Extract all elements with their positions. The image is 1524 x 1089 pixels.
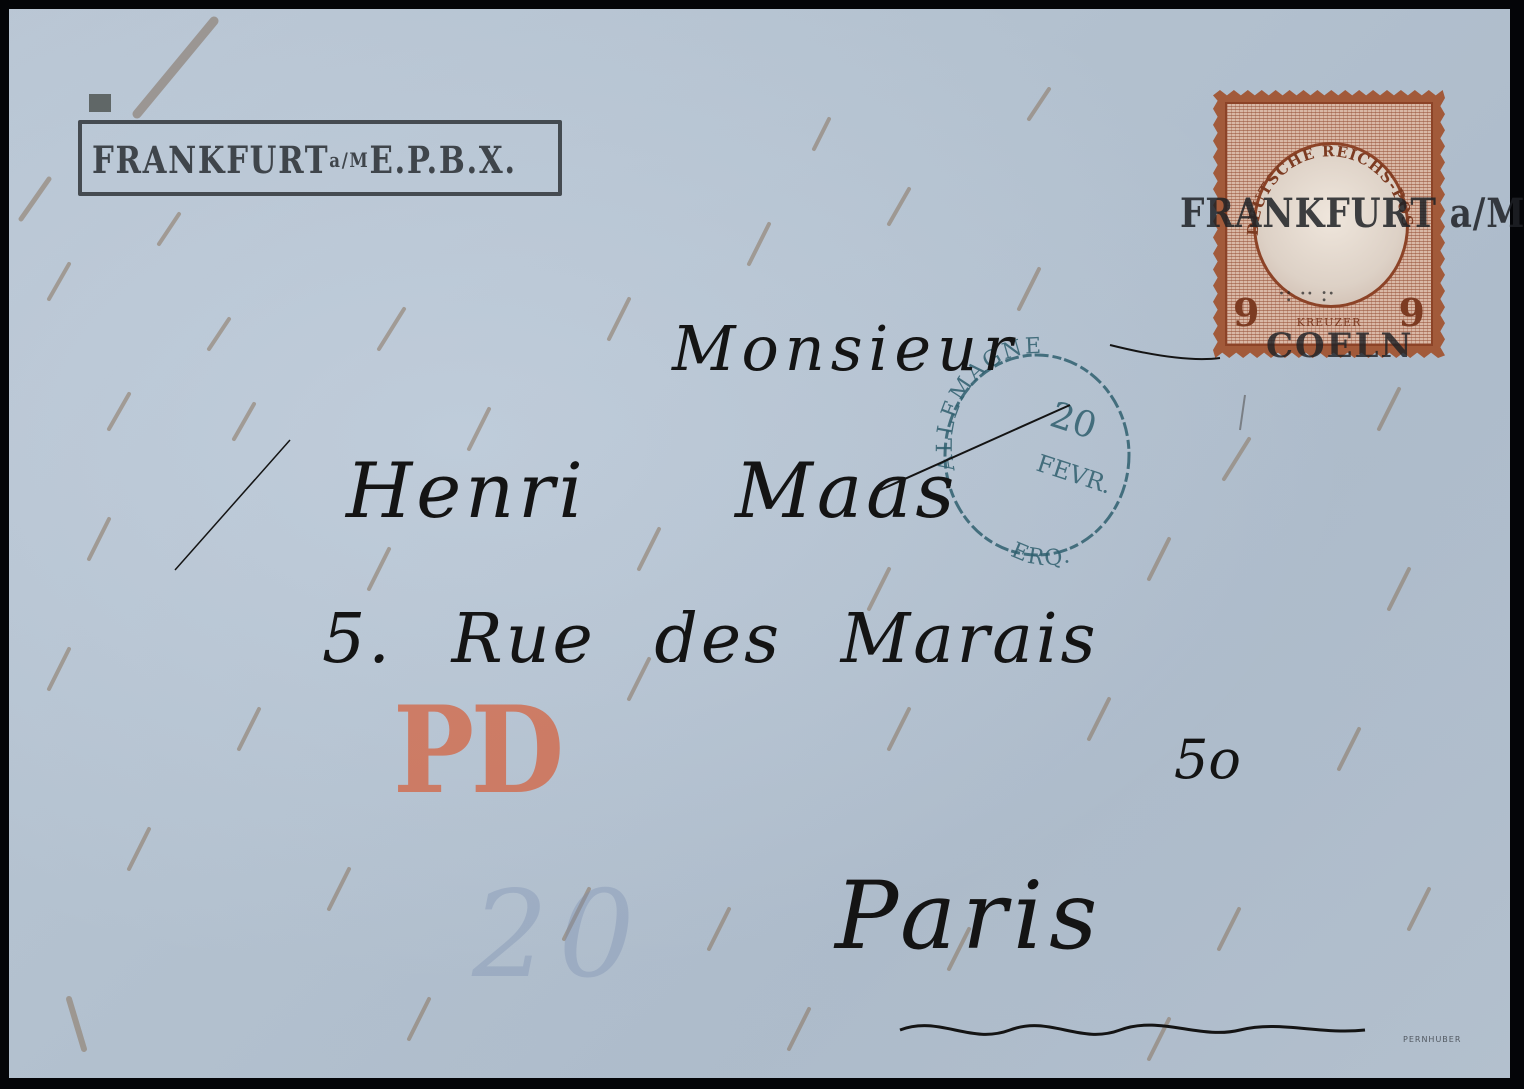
svg-text:20: 20: [1045, 395, 1101, 448]
svg-text:ERQ.: ERQ.: [1007, 538, 1074, 572]
address-name: Henri Maas: [346, 446, 958, 535]
paid-pd-mark: PD: [393, 680, 561, 821]
address-salutation: Monsieur: [672, 312, 1019, 385]
address-number: 5o: [1174, 728, 1241, 791]
photographer-credit: PERNHUBER: [1403, 1035, 1461, 1044]
svg-text:FEVR.: FEVR.: [1033, 449, 1115, 499]
faint-manuscript-rate: 20: [472, 866, 645, 1005]
address-city: Paris: [835, 862, 1103, 971]
address-street: 5. Rue des Marais: [322, 600, 1099, 679]
french-entry-postmark: ALLEMAGNE ERQ. 20 FEVR.: [0, 0, 1524, 1089]
